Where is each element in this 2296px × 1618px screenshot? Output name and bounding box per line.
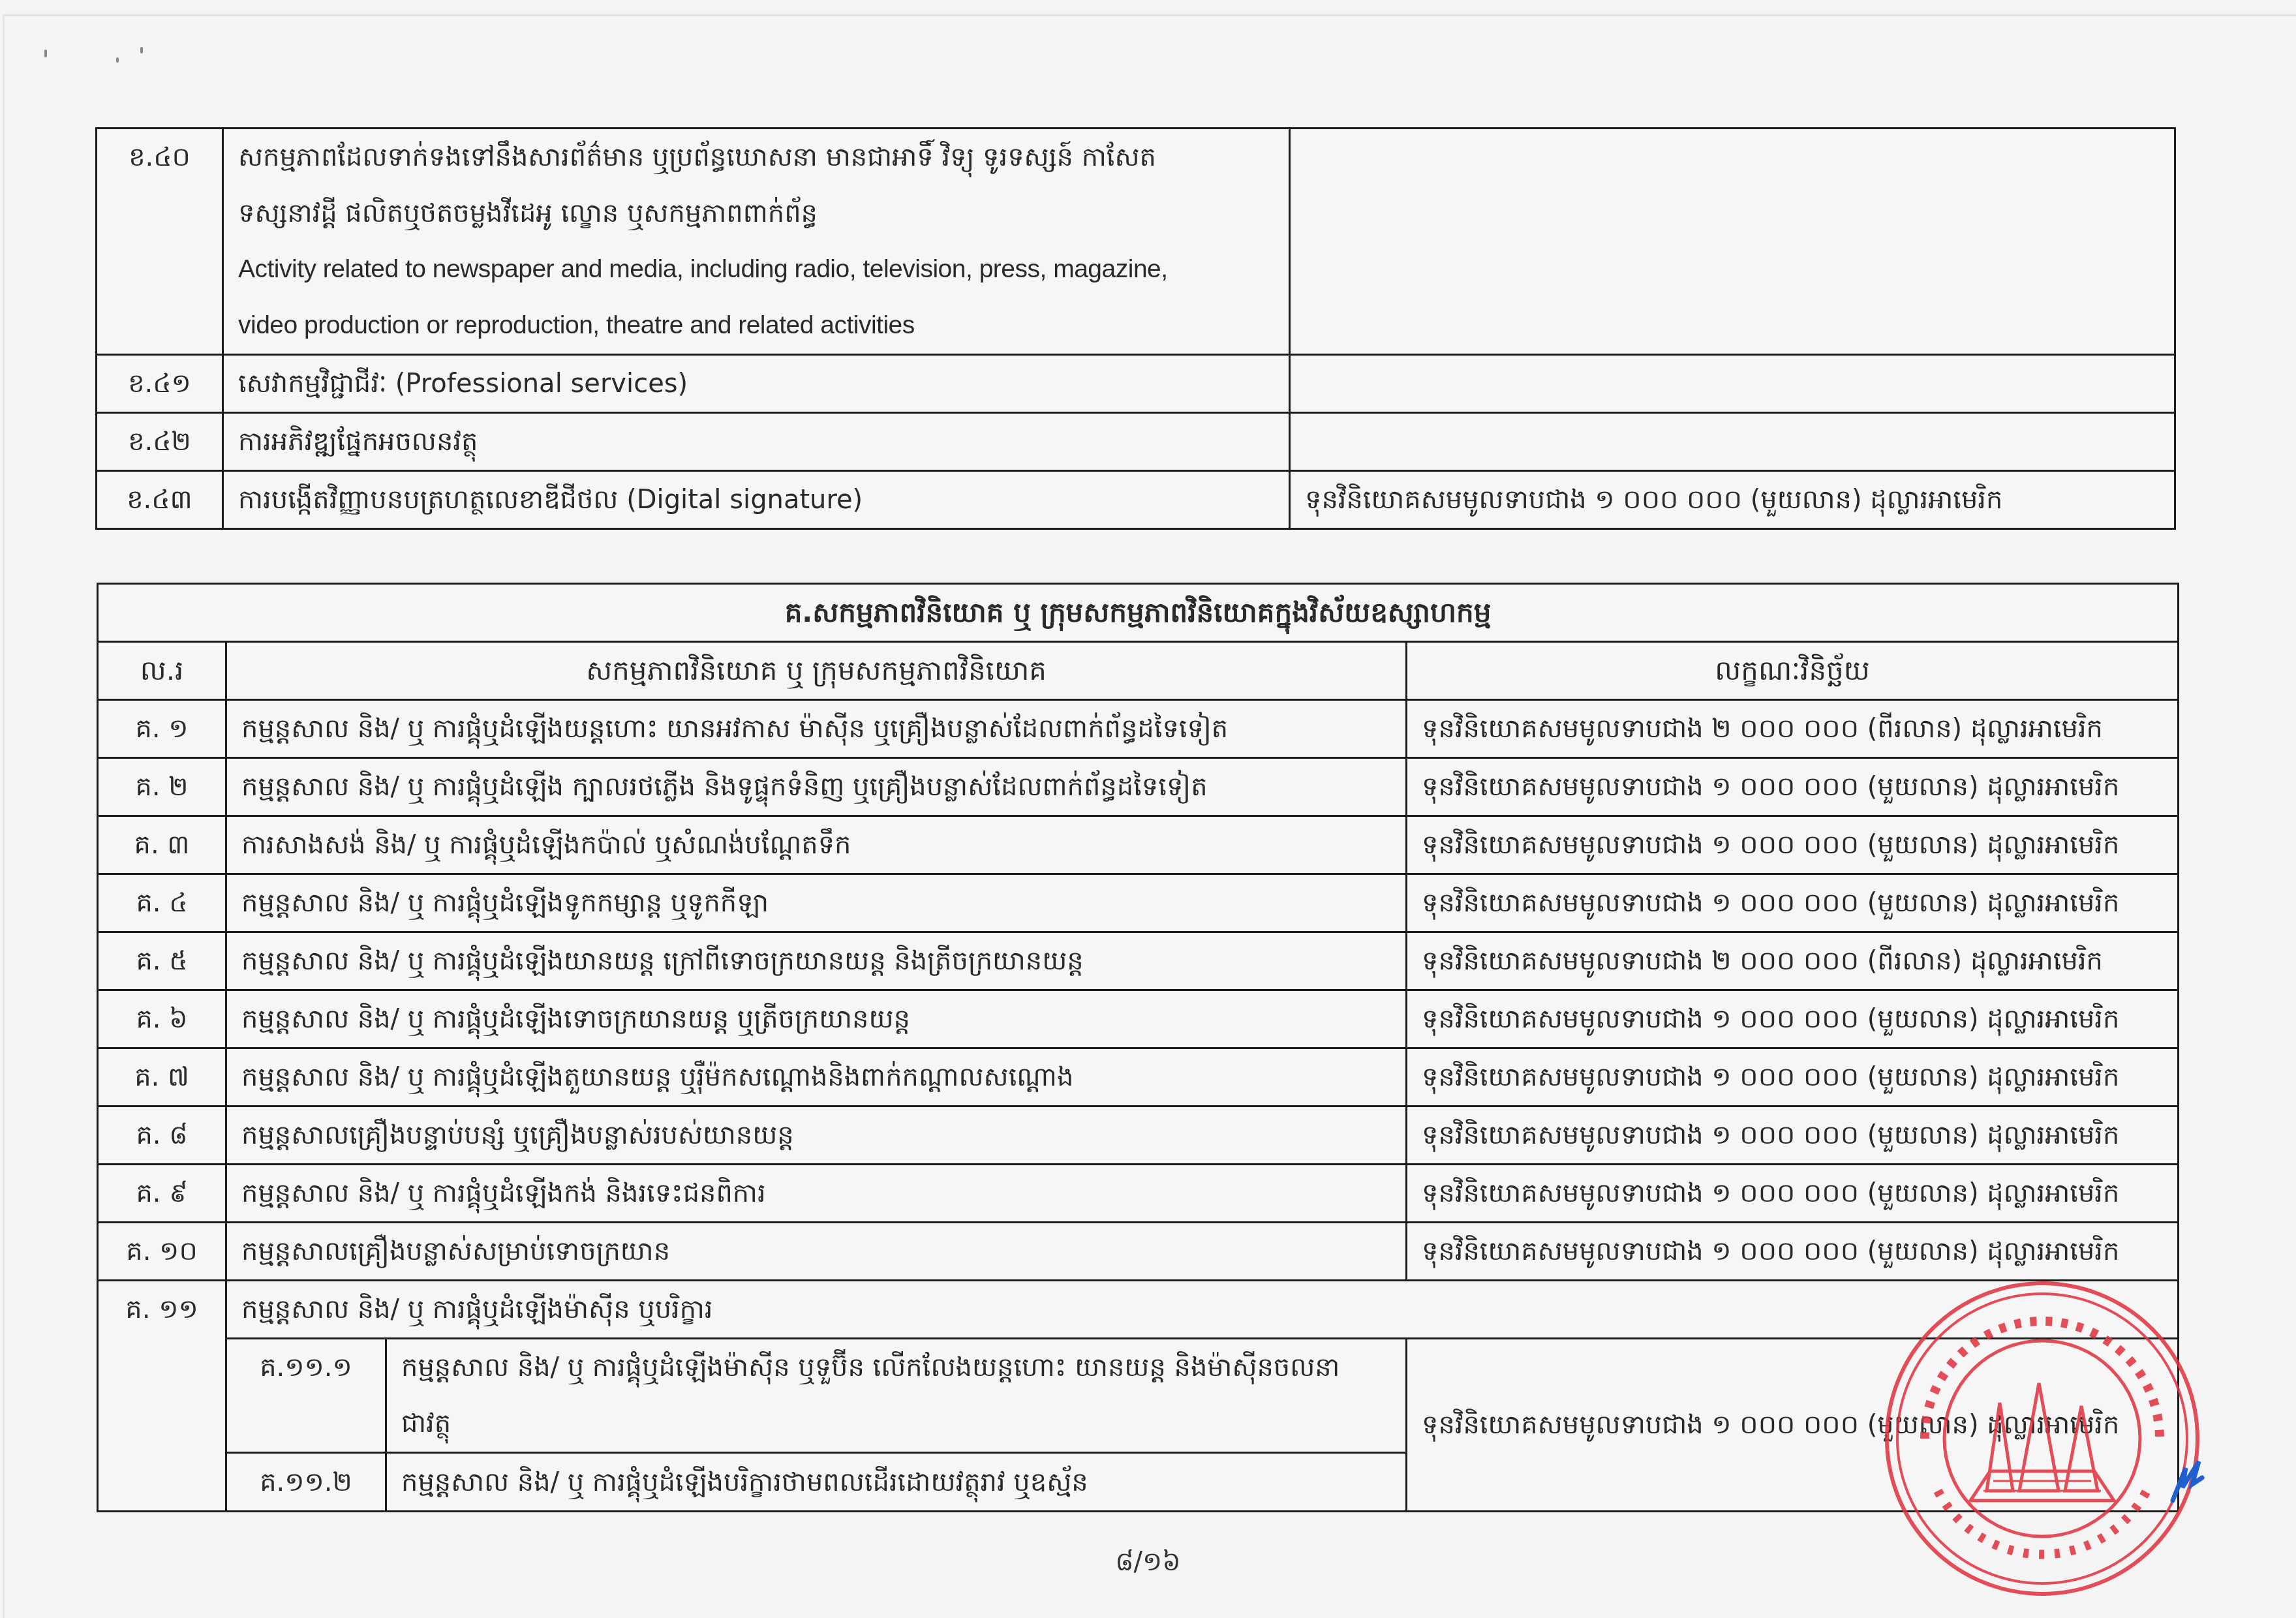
table-subrow: គ.១១.១ កម្មន្តសាល និង/ ឬ ការផ្គុំឬដំឡើងម… [98, 1339, 2179, 1453]
condition-cell: ទុនវិនិយោគសមមូលទាបជាង ១ ០០០ ០០០ (មួយលាន)… [1407, 990, 2179, 1048]
table-row: គ. ៦កម្មន្តសាល និង/ ឬ ការផ្គុំឬដំឡើងទោចក… [98, 990, 2179, 1048]
row-number: គ. ៥ [98, 932, 226, 990]
row-number: ខ.៤០ [97, 129, 223, 355]
table-row: គ. ៩កម្មន្តសាល និង/ ឬ ការផ្គុំឬដំឡើងកង់ … [98, 1165, 2179, 1223]
row-number: គ. ១ [98, 700, 226, 758]
activity-cell: សកម្មភាពដែលទាក់ទងទៅនឹងសារព័ត៌មាន ឬប្រព័ន… [223, 129, 1290, 355]
row-number: ខ.៤១ [97, 355, 223, 413]
scan-artifact [116, 57, 119, 63]
condition-cell: ទុនវិនិយោគសមមូលទាបជាង ១ ០០០ ០០០ (មួយលាន)… [1407, 1165, 2179, 1223]
table-row: គ. ៧កម្មន្តសាល និង/ ឬ ការផ្គុំឬដំឡើងតួយា… [98, 1048, 2179, 1107]
column-header-condition: លក្ខណៈវិនិច្ឆ័យ [1407, 642, 2179, 700]
section-title: គ.សកម្មភាពវិនិយោគ ឬ ក្រុមសកម្មភាពវិនិយោគ… [98, 584, 2179, 642]
activity-line: ជាវត្ថុ [401, 1396, 1391, 1452]
subrow-number: គ.១១.២ [226, 1453, 386, 1512]
condition-cell: ទុនវិនិយោគសមមូលទាបជាង ២ ០០០ ០០០ (ពីរលាន)… [1407, 932, 2179, 990]
activity-khmer-line: ទស្សនាវដ្តី ផលិតឬថតចម្លងវីដេអូ ល្ខោន ឬសក… [238, 185, 1274, 241]
activity-khmer-line: សកម្មភាពដែលទាក់ទងទៅនឹងសារព័ត៌មាន ឬប្រព័ន… [238, 129, 1274, 185]
table-header-row: ល.រ សកម្មភាពវិនិយោគ ឬ ក្រុមសកម្មភាពវិនិយ… [98, 642, 2179, 700]
row-number: គ. ១០ [98, 1223, 226, 1281]
condition-cell: ទុនវិនិយោគសមមូលទាបជាង ១ ០០០ ០០០ (មួយលាន)… [1407, 816, 2179, 874]
row-number: គ. ១១ [98, 1281, 226, 1512]
activity-cell: កម្មន្តសាល និង/ ឬ ការផ្គុំឬដំឡើងយានយន្ត … [226, 932, 1407, 990]
condition-cell: ទុនវិនិយោគសមមូលទាបជាង ១ ០០០ ០០០ (មួយលាន)… [1407, 1223, 2179, 1281]
table-row: គ. ៤កម្មន្តសាល និង/ ឬ ការផ្គុំឬដំឡើងទូកក… [98, 874, 2179, 932]
scan-artifact [140, 47, 143, 53]
row-number: គ. ២ [98, 758, 226, 816]
condition-cell: ទុនវិនិយោគសមមូលទាបជាង ១ ០០០ ០០០ (មួយលាន)… [1407, 874, 2179, 932]
condition-cell [1290, 129, 2175, 355]
condition-cell: ទុនវិនិយោគសមមូលទាបជាង ២ ០០០ ០០០ (ពីរលាន)… [1407, 700, 2179, 758]
row-number: គ. ៦ [98, 990, 226, 1048]
table-row: គ. ២កម្មន្តសាល និង/ ឬ ការផ្គុំឬដំឡើង ក្ប… [98, 758, 2179, 816]
activity-cell: កម្មន្តសាល និង/ ឬ ការផ្គុំឬដំឡើងបរិក្ខារ… [386, 1453, 1407, 1512]
activity-cell: សេវាកម្មវិជ្ជាជីវៈ (Professional service… [223, 355, 1290, 413]
activity-cell: កម្មន្តសាលគ្រឿងបន្ទាប់បន្សំ ឬគ្រឿងបន្លាស… [226, 1107, 1407, 1165]
row-number: គ. ៤ [98, 874, 226, 932]
activity-cell: កម្មន្តសាល និង/ ឬ ការផ្គុំឬដំឡើងម៉ាស៊ីន … [226, 1281, 2179, 1339]
condition-cell: ទុនវិនិយោគសមមូលទាបជាង ១ ០០០ ០០០ (មួយលាន)… [1290, 471, 2175, 529]
investment-activities-table-kha: ខ.៤០ សកម្មភាពដែលទាក់ទងទៅនឹងសារព័ត៌មាន ឬប… [95, 127, 2176, 530]
column-header-activity: សកម្មភាពវិនិយោគ ឬ ក្រុមសកម្មភាពវិនិយោគ [226, 642, 1407, 700]
condition-cell [1290, 355, 2175, 413]
condition-cell: ទុនវិនិយោគសមមូលទាបជាង ១ ០០០ ០០០ (មួយលាន)… [1407, 1048, 2179, 1107]
page-number: ៨/១៦ [0, 1545, 2296, 1583]
table-row: ខ.៤០ សកម្មភាពដែលទាក់ទងទៅនឹងសារព័ត៌មាន ឬប… [97, 129, 2175, 355]
activity-cell: ការសាងសង់ និង/ ឬ ការផ្គុំឬដំឡើងកប៉ាល់ ឬស… [226, 816, 1407, 874]
activity-cell: កម្មន្តសាលគ្រឿងបន្លាស់សម្រាប់ទោចក្រយាន [226, 1223, 1407, 1281]
activity-cell: កម្មន្តសាល និង/ ឬ ការផ្គុំឬដំឡើងទូកកម្សា… [226, 874, 1407, 932]
table-row: គ. ១កម្មន្តសាល និង/ ឬ ការផ្គុំឬដំឡើងយន្ត… [98, 700, 2179, 758]
activity-english-line: Activity related to newspaper and media,… [238, 241, 1274, 298]
activity-cell: ការបង្កើតវិញ្ញាបនបត្រហត្ថលេខាឌីជីថល (Dig… [223, 471, 1290, 529]
row-number: គ. ៩ [98, 1165, 226, 1223]
row-number: ខ.៤៣ [97, 471, 223, 529]
table-row: គ. ១០កម្មន្តសាលគ្រឿងបន្លាស់សម្រាប់ទោចក្រ… [98, 1223, 2179, 1281]
activity-cell: កម្មន្តសាល និង/ ឬ ការផ្គុំឬដំឡើងយន្តហោះ … [226, 700, 1407, 758]
table-row: ខ.៤១ សេវាកម្មវិជ្ជាជីវៈ (Professional se… [97, 355, 2175, 413]
row-number: គ. ៨ [98, 1107, 226, 1165]
table-row: គ. ៨កម្មន្តសាលគ្រឿងបន្ទាប់បន្សំ ឬគ្រឿងបន… [98, 1107, 2179, 1165]
column-header-number: ល.រ [98, 642, 226, 700]
subrow-number: គ.១១.១ [226, 1339, 386, 1453]
activity-cell: កម្មន្តសាល និង/ ឬ ការផ្គុំឬដំឡើងកង់ និងរ… [226, 1165, 1407, 1223]
scan-artifact [44, 50, 47, 57]
condition-cell: ទុនវិនិយោគសមមូលទាបជាង ១ ០០០ ០០០ (មួយលាន)… [1407, 1107, 2179, 1165]
table-row: ខ.៤២ ការអភិវឌ្ឍផ្នែកអចលនវត្ថុ [97, 413, 2175, 471]
condition-cell [1290, 413, 2175, 471]
table-title-row: គ.សកម្មភាពវិនិយោគ ឬ ក្រុមសកម្មភាពវិនិយោគ… [98, 584, 2179, 642]
investment-activities-table-ko: គ.សកម្មភាពវិនិយោគ ឬ ក្រុមសកម្មភាពវិនិយោគ… [97, 583, 2179, 1512]
row-number: គ. ៣ [98, 816, 226, 874]
activity-cell: ការអភិវឌ្ឍផ្នែកអចលនវត្ថុ [223, 413, 1290, 471]
activity-cell: កម្មន្តសាល និង/ ឬ ការផ្គុំឬដំឡើងទោចក្រយា… [226, 990, 1407, 1048]
table-row-group-11: គ. ១១ កម្មន្តសាល និង/ ឬ ការផ្គុំឬដំឡើងម៉… [98, 1281, 2179, 1339]
table-row: ខ.៤៣ ការបង្កើតវិញ្ញាបនបត្រហត្ថលេខាឌីជីថល… [97, 471, 2175, 529]
row-number: ខ.៤២ [97, 413, 223, 471]
activity-line: កម្មន្តសាល និង/ ឬ ការផ្គុំឬដំឡើងម៉ាស៊ីន … [401, 1339, 1391, 1396]
activity-cell: កម្មន្តសាល និង/ ឬ ការផ្គុំឬដំឡើងតួយានយន្… [226, 1048, 1407, 1107]
table-row: គ. ៣ការសាងសង់ និង/ ឬ ការផ្គុំឬដំឡើងកប៉ាល… [98, 816, 2179, 874]
activity-english-line: video production or reproduction, theatr… [238, 298, 1274, 354]
row-number: គ. ៧ [98, 1048, 226, 1107]
condition-cell: ទុនវិនិយោគសមមូលទាបជាង ១ ០០០ ០០០ (មួយលាន)… [1407, 1339, 2179, 1512]
activity-cell: កម្មន្តសាល និង/ ឬ ការផ្គុំឬដំឡើង ក្បាលរថ… [226, 758, 1407, 816]
table-row: គ. ៥កម្មន្តសាល និង/ ឬ ការផ្គុំឬដំឡើងយានយ… [98, 932, 2179, 990]
activity-cell: កម្មន្តសាល និង/ ឬ ការផ្គុំឬដំឡើងម៉ាស៊ីន … [386, 1339, 1407, 1453]
condition-cell: ទុនវិនិយោគសមមូលទាបជាង ១ ០០០ ០០០ (មួយលាន)… [1407, 758, 2179, 816]
